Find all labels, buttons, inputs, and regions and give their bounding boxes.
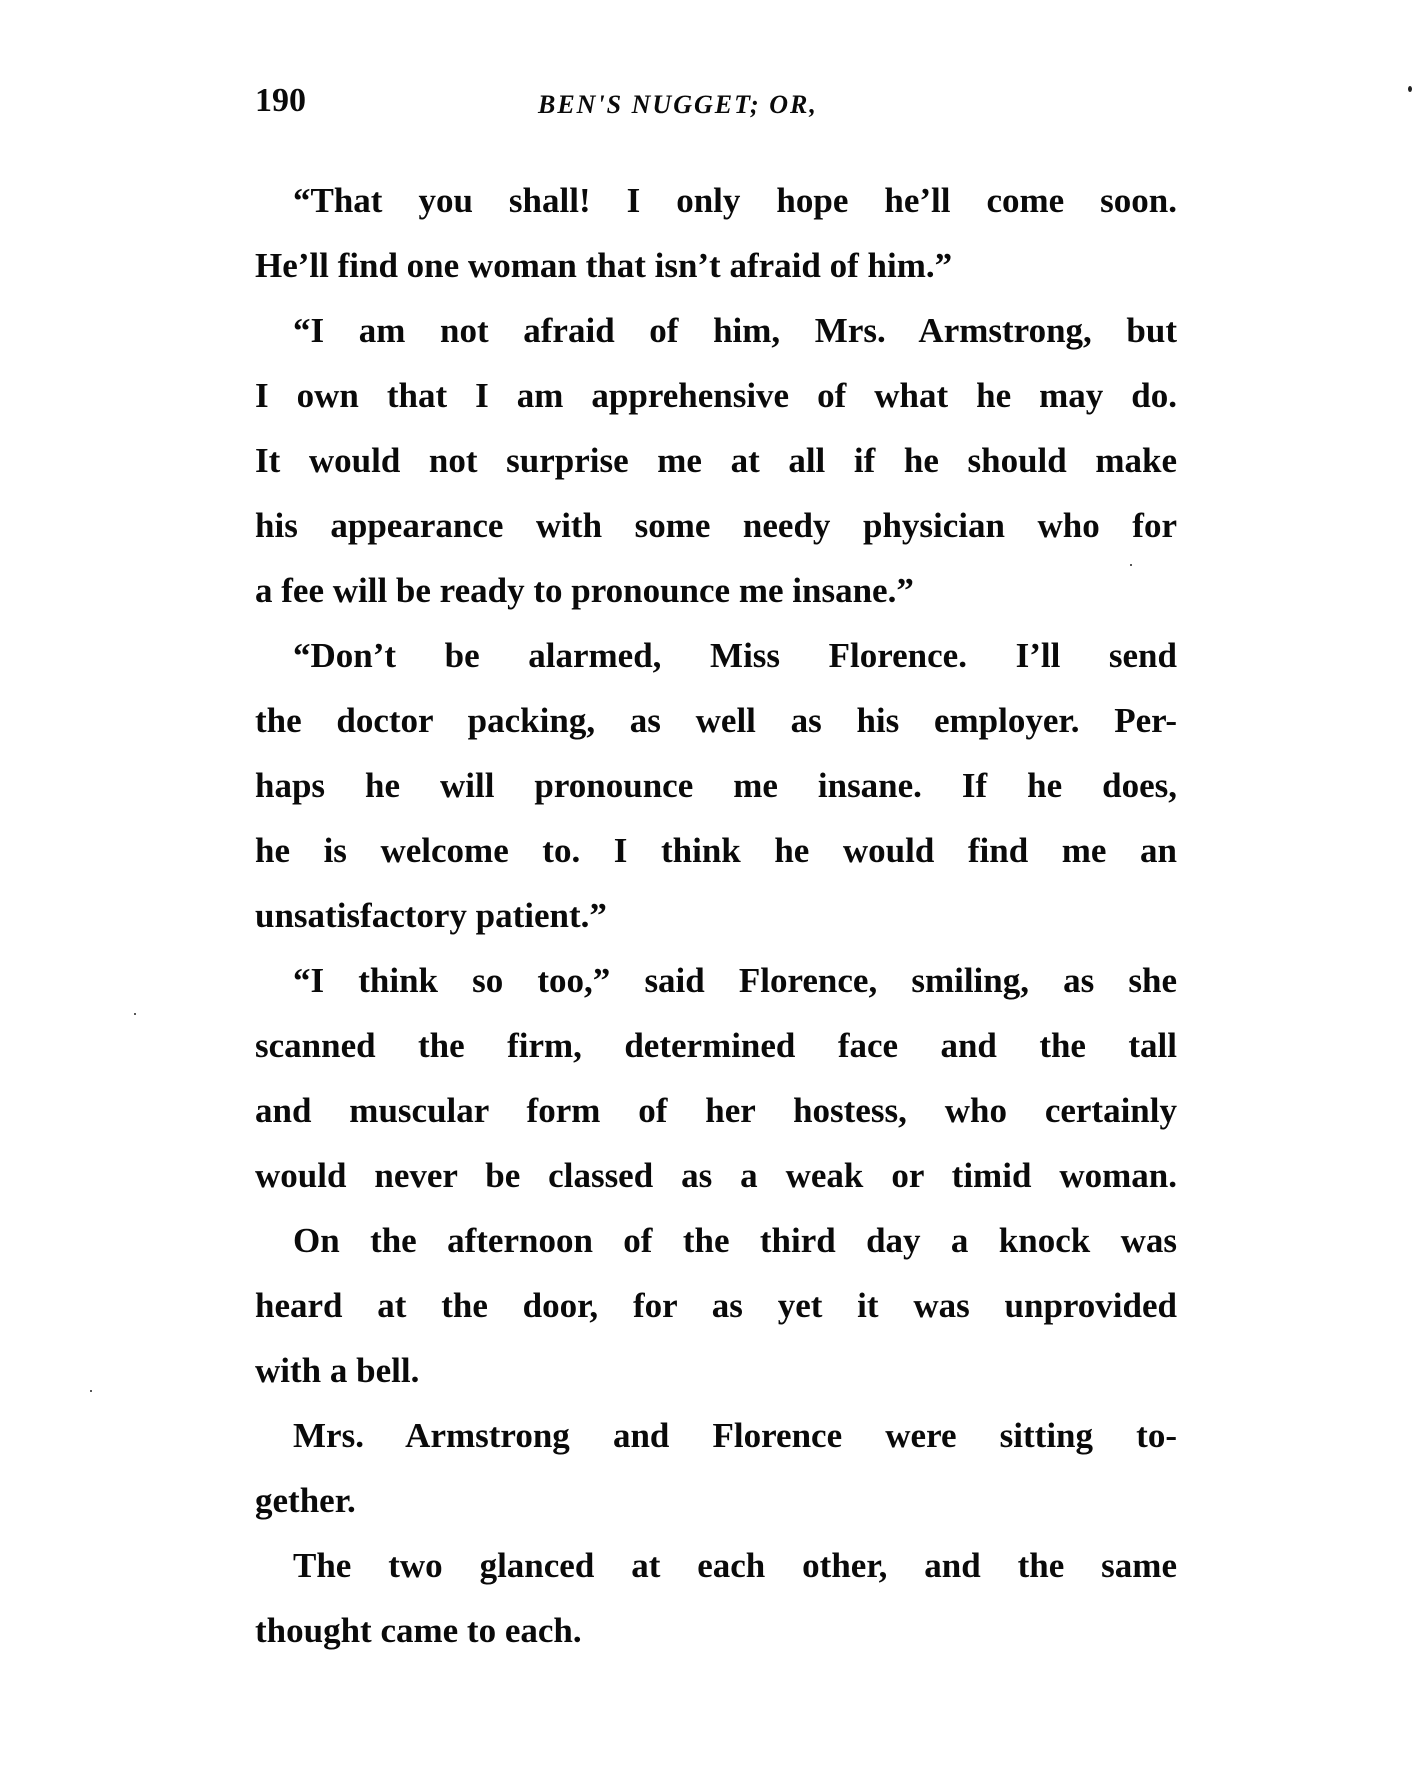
text-line: his appearance with some needy physician… [255,493,1177,558]
text-line: would never be classed as a weak or timi… [255,1143,1177,1208]
text-line: “I think so too,” said Florence, smiling… [255,948,1177,1013]
text-line: a fee will be ready to pronounce me insa… [255,558,1177,623]
text-line: and muscular form of her hostess, who ce… [255,1078,1177,1143]
paragraph: Mrs. Armstrong and Florence were sitting… [255,1403,1177,1533]
text-line: scanned the firm, determined face and th… [255,1013,1177,1078]
text-line: I own that I am apprehensive of what he … [255,363,1177,428]
text-line: The two glanced at each other, and the s… [255,1533,1177,1598]
page-header: 190 BEN'S NUGGET; OR, [255,82,1177,132]
text-line: “That you shall! I only hope he’ll come … [255,168,1177,233]
paragraph: “Don’t be alarmed, Miss Florence. I’ll s… [255,623,1177,948]
paragraph: “I think so too,” said Florence, smiling… [255,948,1177,1208]
page-number: 190 [255,82,306,120]
text-line: heard at the door, for as yet it was unp… [255,1273,1177,1338]
text-line: the doctor packing, as well as his emplo… [255,688,1177,753]
text-line: unsatisfactory patient.” [255,883,1177,948]
scan-speck [134,1013,136,1015]
running-head: BEN'S NUGGET; OR, [538,90,818,120]
text-line: “Don’t be alarmed, Miss Florence. I’ll s… [255,623,1177,688]
text-line: haps he will pronounce me insane. If he … [255,753,1177,818]
text-line: On the afternoon of the third day a knoc… [255,1208,1177,1273]
text-line: thought came to each. [255,1598,1177,1663]
text-line: gether. [255,1468,1177,1533]
text-line: He’ll find one woman that isn’t afraid o… [255,233,1177,298]
scan-speck [1130,564,1132,566]
text-line: It would not surprise me at all if he sh… [255,428,1177,493]
body-text: “That you shall! I only hope he’ll come … [255,168,1177,1663]
scan-speck [1408,86,1412,92]
paragraph: On the afternoon of the third day a knoc… [255,1208,1177,1403]
paragraph: “I am not afraid of him, Mrs. Armstrong,… [255,298,1177,623]
paragraph: The two glanced at each other, and the s… [255,1533,1177,1663]
text-line: he is welcome to. I think he would find … [255,818,1177,883]
text-line: with a bell. [255,1338,1177,1403]
text-line: Mrs. Armstrong and Florence were sitting… [255,1403,1177,1468]
scan-speck [90,1390,92,1392]
text-line: “I am not afraid of him, Mrs. Armstrong,… [255,298,1177,363]
paragraph: “That you shall! I only hope he’ll come … [255,168,1177,298]
